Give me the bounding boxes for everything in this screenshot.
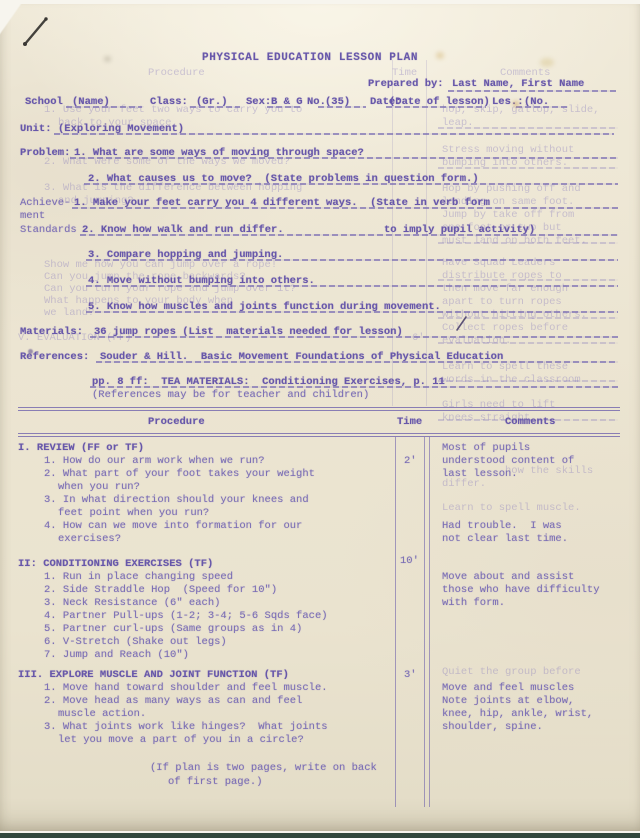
- procedure-line: 3. What joints work like hinges? What jo…: [44, 721, 328, 733]
- procedure-line: when you run?: [58, 481, 140, 493]
- time-value: 10': [400, 555, 419, 567]
- comment-line: knee, hip, ankle, wrist,: [442, 708, 593, 720]
- ghost-line: Stress moving without: [442, 144, 574, 156]
- procedure-line: muscle action.: [58, 708, 146, 720]
- lesson-value: (No.: [524, 96, 549, 108]
- procedure-line: 6. V-Stretch (Shake out legs): [44, 636, 227, 648]
- comment-line: Move about and assist: [442, 571, 574, 583]
- procedure-line: 5. Partner curl-ups (Same groups as in 4…: [44, 623, 302, 635]
- comment-line: with form.: [442, 597, 505, 609]
- time-value: 2': [404, 455, 417, 467]
- unit-value: (Exploring Movement): [58, 123, 184, 135]
- comment-line: Note joints at elbow,: [442, 695, 574, 707]
- prepared-by-value: Last Name, First Name: [452, 78, 584, 90]
- problem-label: Problem:: [20, 147, 70, 159]
- paper-stain: [540, 58, 554, 67]
- page-title: PHYSICAL EDUCATION LESSON PLAN: [202, 52, 418, 64]
- ghost-line: Learn to spell muscle.: [442, 502, 581, 514]
- column-header-procedure: Procedure: [148, 416, 205, 428]
- date-value: (Date of lesson): [389, 96, 490, 108]
- comment-line: understood content of: [442, 455, 574, 467]
- class-label: Class:: [150, 96, 188, 108]
- section-heading: I. REVIEW (FF or TF): [18, 442, 144, 454]
- procedure-line: 2. Side Straddle Hop (Speed for 10"): [44, 584, 277, 596]
- procedure-line: 2. What part of your foot takes your wei…: [44, 468, 315, 480]
- ghost-line: apart to turn ropes: [442, 296, 562, 308]
- class-value: (Gr.): [196, 96, 228, 108]
- table-top-rule: [18, 410, 620, 411]
- school-value: (Name): [72, 96, 110, 108]
- ghost-line: Jump by take off from: [442, 209, 574, 221]
- scanned-document: Procedure Time Comments 1. Use your feet…: [0, 0, 640, 838]
- footnote-line: (If plan is two pages, write on back: [150, 762, 377, 774]
- ghost-line: 6': [412, 332, 425, 344]
- pen-tick-mark: [454, 314, 470, 334]
- references-line3: (References may be for teacher and child…: [92, 389, 369, 401]
- achievement-item: 2. Know how walk and run differ.: [82, 224, 284, 236]
- materials-label: Materials:: [20, 326, 83, 338]
- time-value: 3': [404, 669, 417, 681]
- number-label: No.: [307, 96, 326, 108]
- achievement-item: 5. Know how muscles and joints function …: [88, 301, 441, 313]
- ghost-line: words in the classroom: [442, 374, 581, 386]
- problem-item: 2. What causes us to move? (State proble…: [88, 173, 479, 185]
- procedure-line: feet point when you run?: [58, 507, 209, 519]
- achievement-item-note: to imply pupil activity): [384, 224, 535, 236]
- comment-line: Had trouble. I was: [442, 520, 562, 532]
- scan-bottom-edge: [0, 833, 640, 838]
- achievement-label-top: Achieve-: [20, 197, 70, 209]
- ghost-line: Procedure: [148, 67, 205, 79]
- procedure-line: 3. Neck Resistance (6" each): [44, 597, 220, 609]
- paper-stain: [436, 52, 444, 59]
- paper-stain: [104, 56, 111, 62]
- section-heading: III. EXPLORE MUSCLE AND JOINT FUNCTION (…: [18, 669, 289, 681]
- achievement-label-mid: ment: [20, 210, 45, 222]
- ghost-line: distribute ropes to: [442, 270, 562, 282]
- comment-line: shoulder, spine.: [442, 721, 543, 733]
- column-header-comments: Comments: [505, 416, 555, 428]
- comment-line: Most of pupils: [442, 442, 530, 454]
- references-value: Souder & Hill. Basic Movement Foundation…: [100, 351, 503, 363]
- footnote-line: of first page.): [168, 776, 263, 788]
- ink-blot: [28, 349, 33, 354]
- table-column-rule: [424, 437, 425, 807]
- comment-line: Move and feel muscles: [442, 682, 574, 694]
- table-header-rule: [18, 433, 620, 434]
- procedure-line: 1. Run in place changing speed: [44, 571, 233, 583]
- procedure-line: 3. In what direction should your knees a…: [44, 494, 309, 506]
- comment-line: last lesson.: [442, 468, 518, 480]
- paper-stain: [513, 101, 519, 107]
- table-column-rule: [429, 437, 430, 807]
- procedure-line: 7. Jump and Reach (10"): [44, 649, 189, 661]
- sex-value: B & G: [271, 96, 303, 108]
- prepared-by-label: Prepared by:: [368, 78, 444, 90]
- achievement-item: 3. Compare hopping and jumping.: [88, 249, 283, 261]
- procedure-line: 4. Partner Pull-ups (1-2; 3-4; 5-6 Sqds …: [44, 610, 328, 622]
- references-line2: pp. 8 ff: TEA MATERIALS: Conditioning Ex…: [92, 376, 445, 388]
- achievement-label-bottom: Standards: [20, 224, 77, 236]
- section-heading: II: CONDITIONING EXERCISES (TF): [18, 558, 213, 570]
- pen-slash-mark: [14, 10, 58, 54]
- unit-label: Unit:: [20, 123, 52, 135]
- sex-label: Sex:: [246, 96, 271, 108]
- table-top-rule: [18, 407, 620, 408]
- procedure-line: 1. How do our arm work when we run?: [44, 455, 265, 467]
- ghost-line: we land?: [44, 307, 94, 319]
- procedure-line: let you move a part of you in a circle?: [58, 734, 304, 746]
- comment-line: those who have difficulty: [442, 584, 600, 596]
- materials-value: 36 jump ropes (List materials needed for…: [94, 326, 403, 338]
- number-value: (35): [325, 96, 350, 108]
- procedure-line: exercises?: [58, 533, 121, 545]
- ghost-line: must land on both feet.: [442, 235, 587, 247]
- procedure-line: 1. Move hand toward shoulder and feel mu…: [44, 682, 328, 694]
- procedure-line: 2. Move head as many ways as can and fee…: [44, 695, 302, 707]
- school-label: School: [25, 96, 63, 108]
- ruled-line: [448, 90, 616, 92]
- procedure-line: 4. How can we move into formation for ou…: [44, 520, 302, 532]
- achievement-item: 4. Move without bumping into others.: [88, 275, 315, 287]
- table-header-rule: [18, 436, 620, 437]
- problem-item: 1. What are some ways of moving through …: [74, 147, 364, 159]
- achievement-item: 1. Make your feet carry you 4 different …: [74, 197, 490, 209]
- table-column-rule: [395, 437, 396, 807]
- comment-line: not clear last time.: [442, 533, 568, 545]
- ghost-line: leap.: [442, 117, 474, 129]
- ghost-line: Quiet the group before: [442, 666, 581, 678]
- column-header-time: Time: [397, 416, 422, 428]
